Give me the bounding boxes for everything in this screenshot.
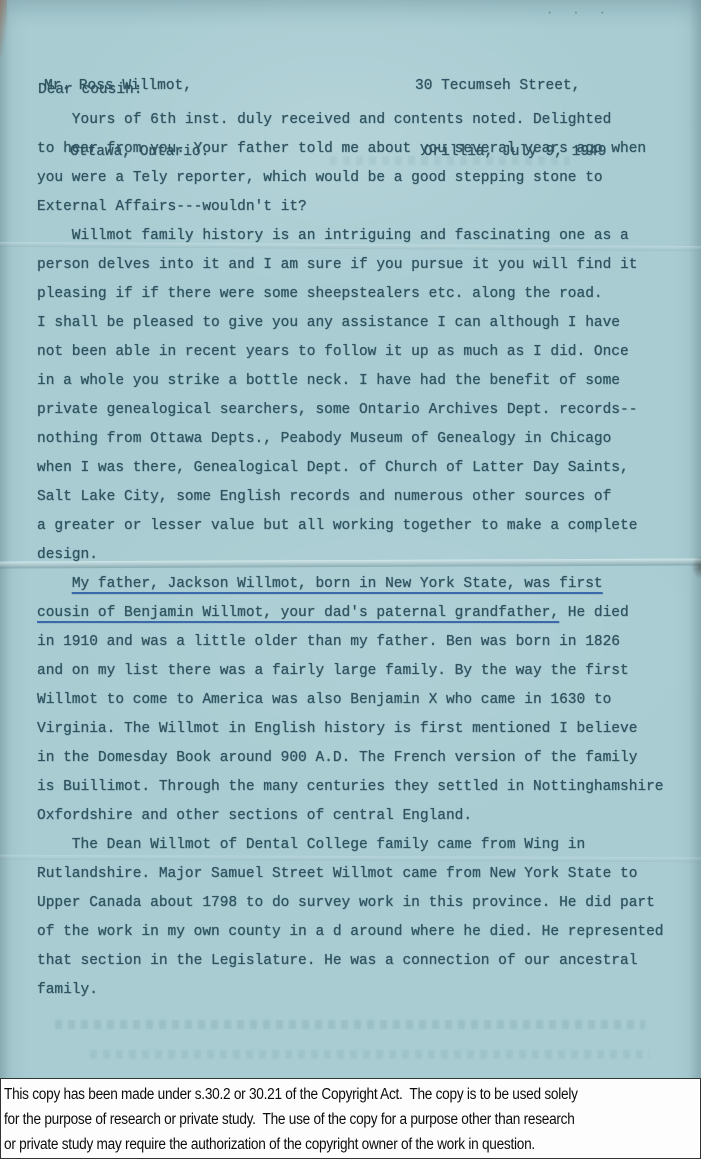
letter-line: a greater or lesser value but all workin… bbox=[37, 512, 664, 541]
typed-text: Upper Canada about 1798 to do survey wor… bbox=[37, 895, 655, 911]
letter-line: I shall be pleased to give you any assis… bbox=[37, 309, 664, 338]
underlined-text: My father, Jackson Willmot, born in New … bbox=[72, 576, 603, 592]
typed-text: pleasing if if there were some sheepstea… bbox=[37, 286, 603, 302]
typed-text: Yours of 6th inst. duly received and con… bbox=[37, 112, 611, 128]
letter-line: in 1910 and was a little older than my f… bbox=[37, 628, 664, 657]
letter-line: that section in the Legislature. He was … bbox=[37, 947, 664, 976]
typed-text: you were a Tely reporter, which would be… bbox=[37, 170, 603, 186]
letter-line: Rutlandshire. Major Samuel Street Willmo… bbox=[37, 860, 664, 889]
letter-line: Virginia. The Willmot in English history… bbox=[37, 715, 664, 744]
letter-line: person delves into it and I am sure if y… bbox=[37, 251, 664, 280]
typed-text: Willmot to come to America was also Benj… bbox=[37, 692, 611, 708]
letter-line: Yours of 6th inst. duly received and con… bbox=[37, 106, 664, 135]
letter-line: Upper Canada about 1798 to do survey wor… bbox=[37, 889, 664, 918]
letter-line: cousin of Benjamin Willmot, your dad's p… bbox=[37, 599, 664, 628]
typed-text: He died bbox=[559, 605, 629, 621]
typed-text: Salt Lake City, some English records and… bbox=[37, 489, 611, 505]
typed-text: I shall be pleased to give you any assis… bbox=[37, 315, 620, 331]
typed-text: Oxfordshire and other sections of centra… bbox=[37, 808, 472, 824]
typed-text: in a whole you strike a bottle neck. I h… bbox=[37, 373, 620, 389]
typed-text: Willmot family history is an intriguing … bbox=[37, 228, 629, 244]
letter-line: nothing from Ottawa Depts., Peabody Muse… bbox=[37, 425, 664, 454]
letter-line: Willmot to come to America was also Benj… bbox=[37, 686, 664, 715]
letter-line: to hear from you. Your father told me ab… bbox=[37, 135, 664, 164]
letter-line: of the work in my own county in a d arou… bbox=[37, 918, 664, 947]
letter-line: family. bbox=[37, 976, 664, 1005]
typed-text: The Dean Willmot of Dental College famil… bbox=[37, 837, 585, 853]
letter-line: and on my list there was a fairly large … bbox=[37, 657, 664, 686]
typed-text: family. bbox=[37, 982, 98, 998]
letter-body: Yours of 6th inst. duly received and con… bbox=[37, 106, 664, 1005]
letter-line: My father, Jackson Willmot, born in New … bbox=[37, 570, 664, 599]
typed-text: External Affairs---wouldn't it? bbox=[37, 199, 307, 215]
copyright-line: for the purpose of research or private s… bbox=[4, 1107, 615, 1132]
typed-text: nothing from Ottawa Depts., Peabody Muse… bbox=[37, 431, 611, 447]
typed-text: that section in the Legislature. He was … bbox=[37, 953, 637, 969]
copyright-line: or private study may require the authori… bbox=[4, 1132, 615, 1157]
letter-line: when I was there, Genealogical Dept. of … bbox=[37, 454, 664, 483]
underlined-text: cousin of Benjamin Willmot, your dad's p… bbox=[37, 605, 559, 621]
copyright-line: This copy has been made under s.30.2 or … bbox=[4, 1082, 615, 1107]
letter-line: is Buillimot. Through the many centuries… bbox=[37, 773, 664, 802]
letter-line: private genealogical searchers, some Ont… bbox=[37, 396, 664, 425]
letter-line: Willmot family history is an intriguing … bbox=[37, 222, 664, 251]
letter-line: design. bbox=[37, 541, 664, 570]
typed-text: Rutlandshire. Major Samuel Street Willmo… bbox=[37, 866, 637, 882]
letter-line: External Affairs---wouldn't it? bbox=[37, 193, 664, 222]
typed-text: of the work in my own county in a d arou… bbox=[37, 924, 664, 940]
scanned-letter-page: · · · Mr. Ross Willmot, Ottawa, Ontario.… bbox=[0, 0, 701, 1159]
typed-text: person delves into it and I am sure if y… bbox=[37, 257, 637, 273]
typed-text: Virginia. The Willmot in English history… bbox=[37, 721, 637, 737]
typed-text: in the Domesday Book around 900 A.D. The… bbox=[37, 750, 637, 766]
letter-line: not been able in recent years to follow … bbox=[37, 338, 664, 367]
letter-line: in the Domesday Book around 900 A.D. The… bbox=[37, 744, 664, 773]
letter-line: Oxfordshire and other sections of centra… bbox=[37, 802, 664, 831]
typed-text: is Buillimot. Through the many centuries… bbox=[37, 779, 664, 795]
typed-text bbox=[37, 576, 72, 592]
typed-text: design. bbox=[37, 547, 98, 563]
typed-text: when I was there, Genealogical Dept. of … bbox=[37, 460, 629, 476]
letter-line: pleasing if if there were some sheepstea… bbox=[37, 280, 664, 309]
typed-text: in 1910 and was a little older than my f… bbox=[37, 634, 620, 650]
copyright-notice: This copy has been made under s.30.2 or … bbox=[0, 1078, 701, 1159]
sender-street-line: 30 Tecumseh Street, bbox=[415, 75, 606, 97]
letter-line: The Dean Willmot of Dental College famil… bbox=[37, 831, 664, 860]
letter-line: Salt Lake City, some English records and… bbox=[37, 483, 664, 512]
typed-text: private genealogical searchers, some Ont… bbox=[37, 402, 637, 418]
typed-text: to hear from you. Your father told me ab… bbox=[37, 141, 646, 157]
letter-line: you were a Tely reporter, which would be… bbox=[37, 164, 664, 193]
typed-text: and on my list there was a fairly large … bbox=[37, 663, 629, 679]
stamp-artifact: · · · bbox=[546, 6, 612, 20]
letter-line: in a whole you strike a bottle neck. I h… bbox=[37, 367, 664, 396]
typed-text: not been able in recent years to follow … bbox=[37, 344, 629, 360]
salutation: Dear cousin: bbox=[38, 80, 142, 100]
typed-text: a greater or lesser value but all workin… bbox=[37, 518, 637, 534]
